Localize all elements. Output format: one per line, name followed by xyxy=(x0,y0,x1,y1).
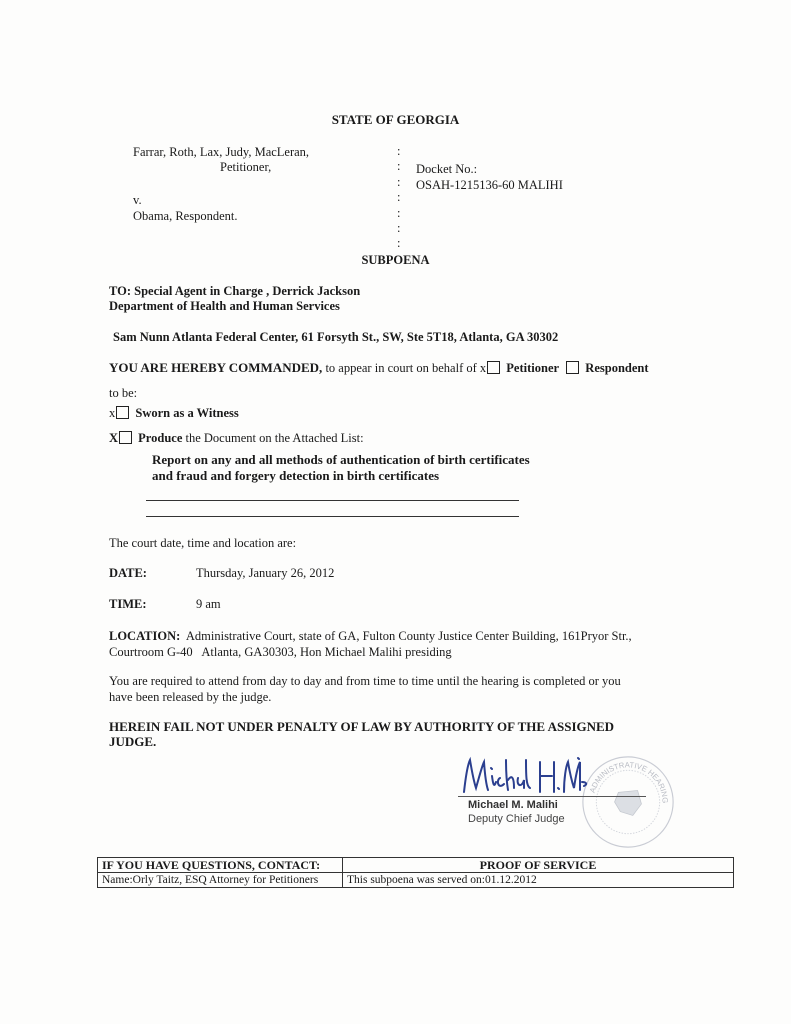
list-underline-1 xyxy=(146,500,519,501)
judge-signature-icon xyxy=(460,752,590,796)
docket-label: Docket No.: xyxy=(416,161,563,177)
produce-text: the Document on the Attached List: xyxy=(182,431,363,445)
petitioner-mark: x xyxy=(480,361,486,375)
location-line-2: Courtroom G-40 Atlanta, GA30303, Hon Mic… xyxy=(109,644,632,660)
sworn-checkbox[interactable] xyxy=(116,406,129,419)
location-label: LOCATION: xyxy=(109,629,180,643)
attendance-line-1: You are required to attend from day to d… xyxy=(109,673,621,689)
contact-header: IF YOU HAVE QUESTIONS, CONTACT: xyxy=(98,858,343,873)
contact-table: IF YOU HAVE QUESTIONS, CONTACT: PROOF OF… xyxy=(97,857,734,888)
recipient-name: TO: Special Agent in Charge , Derrick Ja… xyxy=(109,284,360,299)
court-seal-icon: ADMINISTRATIVE HEARINGS xyxy=(580,754,676,850)
sworn-option: x Sworn as a Witness xyxy=(109,406,239,421)
recipient-address: Sam Nunn Atlanta Federal Center, 61 Fors… xyxy=(113,330,558,345)
judge-name: Michael M. Malihi xyxy=(468,799,558,811)
produce-mark: X xyxy=(109,431,118,445)
respondent-checkbox[interactable] xyxy=(566,361,579,374)
to-be-label: to be: xyxy=(109,386,137,401)
petitioner-label: Petitioner xyxy=(506,361,559,375)
respondent-label: Respondent xyxy=(585,361,648,375)
recipient-block: TO: Special Agent in Charge , Derrick Ja… xyxy=(109,284,360,314)
caption-divider: : : : : : : : xyxy=(397,144,400,252)
table-header-row: IF YOU HAVE QUESTIONS, CONTACT: PROOF OF… xyxy=(98,858,734,873)
document-list: Report on any and all methods of authent… xyxy=(152,452,532,484)
date-value: Thursday, January 26, 2012 xyxy=(196,566,334,581)
petitioner-role: Petitioner, xyxy=(220,160,271,175)
produce-option: X Produce the Document on the Attached L… xyxy=(109,431,364,446)
proof-header: PROOF OF SERVICE xyxy=(343,858,734,873)
warning-line-2: JUDGE. xyxy=(109,734,614,749)
court-intro: The court date, time and location are: xyxy=(109,536,296,551)
date-label: DATE: xyxy=(109,566,147,581)
command-text: to appear in court on behalf of xyxy=(322,361,480,375)
time-label: TIME: xyxy=(109,597,147,612)
respondent: Obama, Respondent. xyxy=(133,209,238,224)
petitioners-names: Farrar, Roth, Lax, Judy, MacLeran, xyxy=(133,144,309,160)
command-lead: YOU ARE HEREBY COMMANDED, xyxy=(109,360,322,375)
sworn-mark: x xyxy=(109,406,115,420)
signature-line xyxy=(458,796,646,797)
docket-number: OSAH-1215136-60 MALIHI xyxy=(416,177,563,193)
list-underline-2 xyxy=(146,516,519,517)
produce-checkbox[interactable] xyxy=(119,431,132,444)
sworn-label: Sworn as a Witness xyxy=(135,406,238,420)
contact-value: Name:Orly Taitz, ESQ Attorney for Petiti… xyxy=(98,873,343,888)
petitioner-checkbox[interactable] xyxy=(487,361,500,374)
warning-line-1: HEREIN FAIL NOT UNDER PENALTY OF LAW BY … xyxy=(109,719,614,734)
time-value: 9 am xyxy=(196,597,221,612)
penalty-warning: HEREIN FAIL NOT UNDER PENALTY OF LAW BY … xyxy=(109,719,614,749)
docket-block: Docket No.: OSAH-1215136-60 MALIHI xyxy=(416,161,563,193)
judge-title: Deputy Chief Judge xyxy=(468,813,565,825)
versus: v. xyxy=(133,193,142,208)
attendance-line-2: have been released by the judge. xyxy=(109,689,621,705)
location-line-1: Administrative Court, state of GA, Fulto… xyxy=(180,629,631,643)
table-row: Name:Orly Taitz, ESQ Attorney for Petiti… xyxy=(98,873,734,888)
proof-value: This subpoena was served on:01.12.2012 xyxy=(343,873,734,888)
state-header: STATE OF GEORGIA xyxy=(0,112,791,128)
document-title: SUBPOENA xyxy=(0,253,791,268)
command-line: YOU ARE HEREBY COMMANDED, to appear in c… xyxy=(109,360,649,376)
location-block: LOCATION: Administrative Court, state of… xyxy=(109,628,632,660)
recipient-department: Department of Health and Human Services xyxy=(109,299,360,314)
produce-label: Produce xyxy=(138,431,182,445)
attendance-notice: You are required to attend from day to d… xyxy=(109,673,621,705)
